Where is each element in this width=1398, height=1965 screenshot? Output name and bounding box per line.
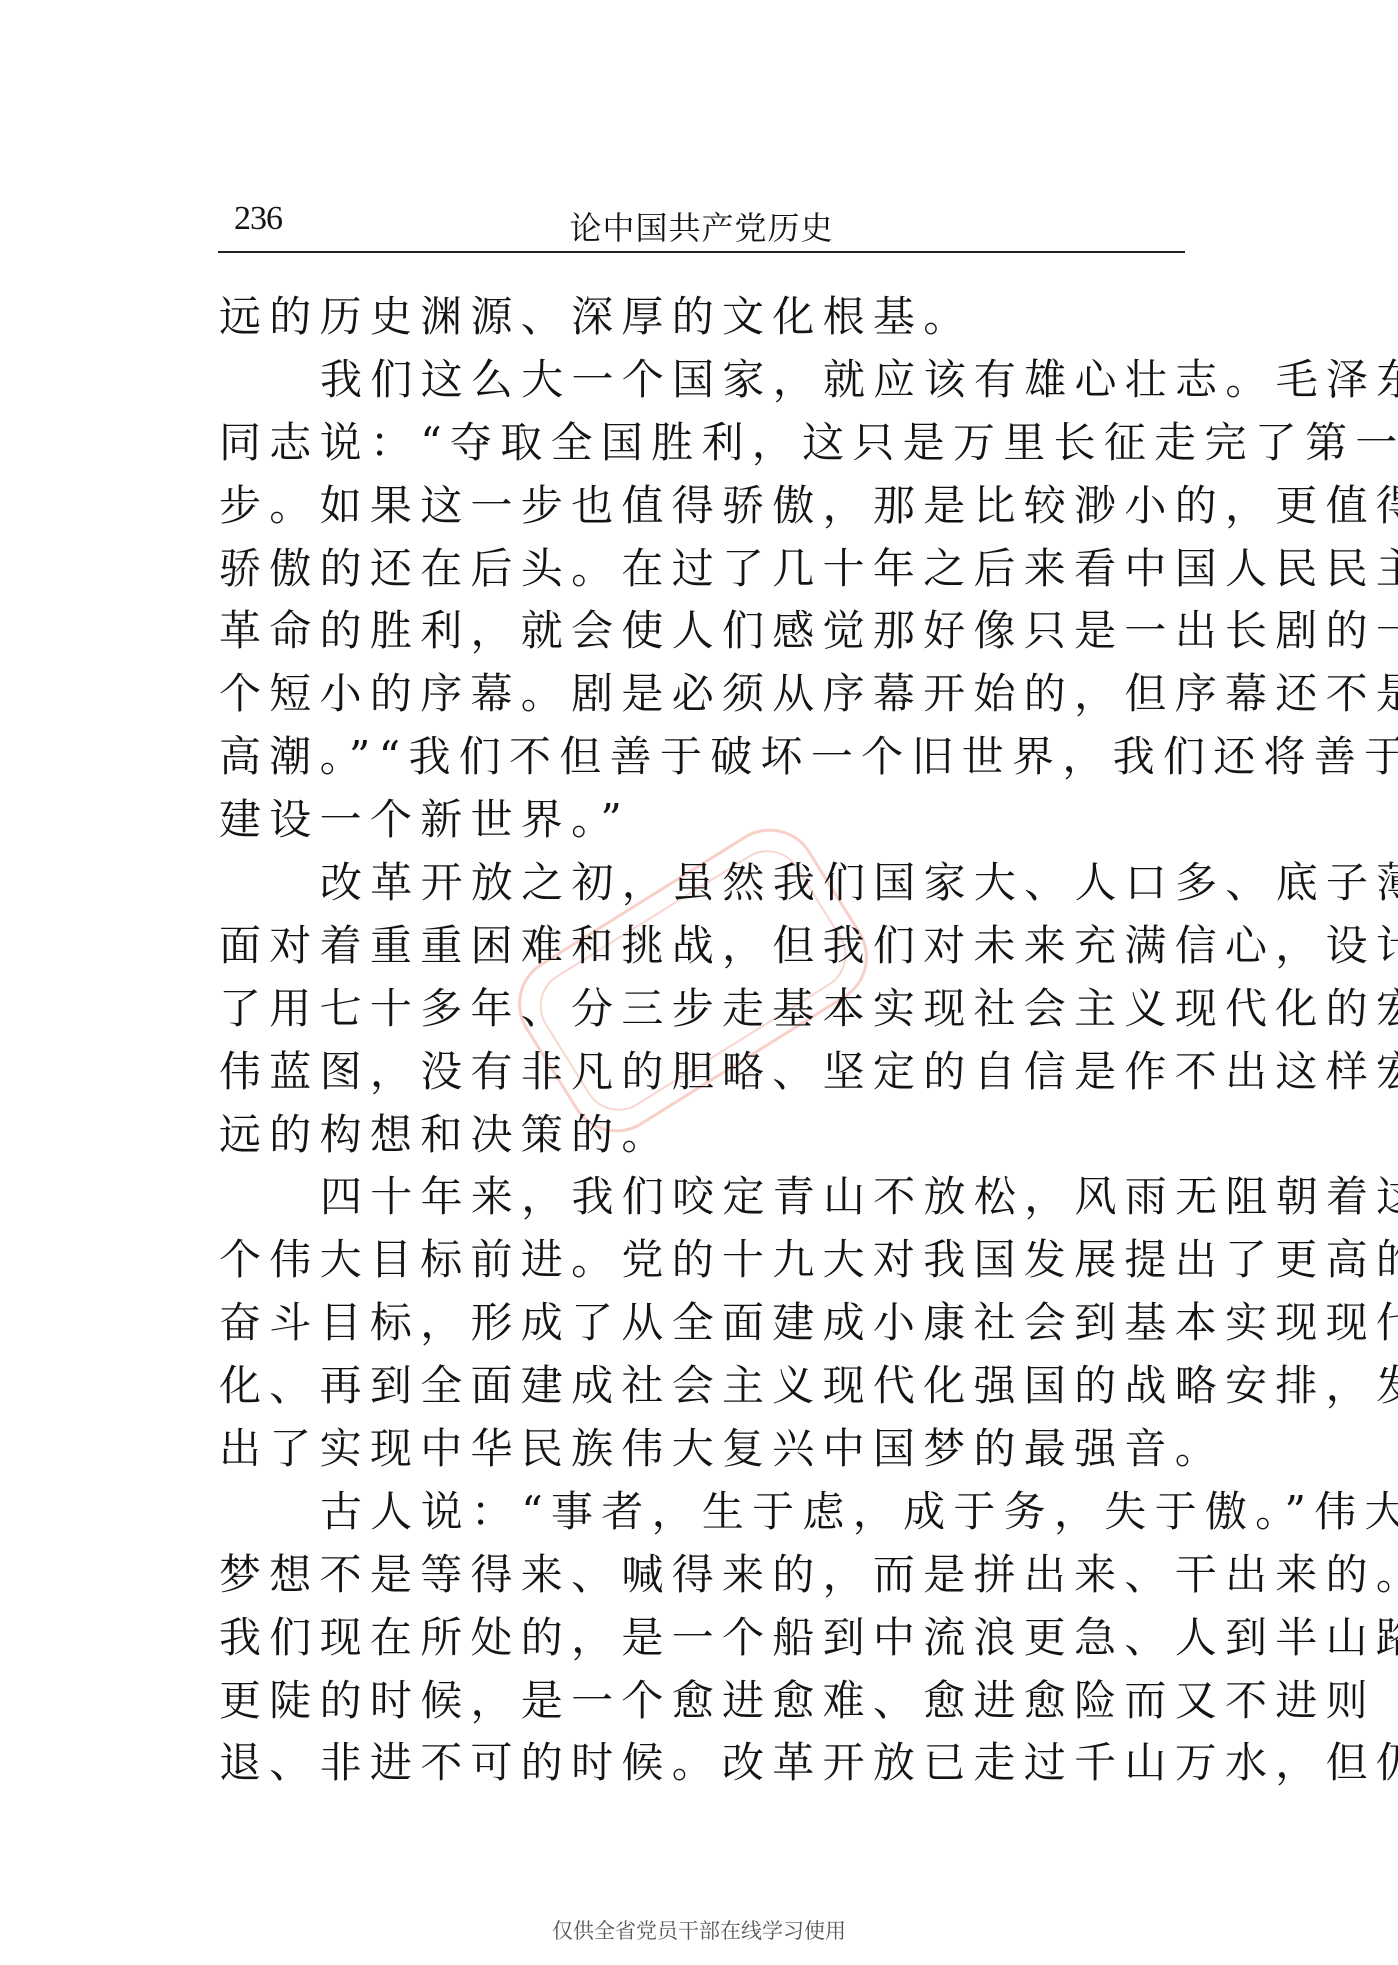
text-line: 改革开放之初，虽然我们国家大、人口多、底子薄， <box>219 852 1185 915</box>
text-line: 我们这么大一个国家，就应该有雄心壮志。毛泽东 <box>219 349 1185 412</box>
text-line: 出了实现中华民族伟大复兴中国梦的最强音。 <box>219 1418 1185 1481</box>
text-line: 革命的胜利，就会使人们感觉那好像只是一出长剧的一 <box>219 600 1185 663</box>
text-line: 伟蓝图，没有非凡的胆略、坚定的自信是作不出这样宏 <box>219 1041 1185 1104</box>
header-divider <box>218 251 1185 253</box>
text-line: 梦想不是等得来、喊得来的，而是拼出来、干出来的。 <box>219 1544 1185 1607</box>
text-line: 骄傲的还在后头。在过了几十年之后来看中国人民民主 <box>219 538 1185 601</box>
text-line: 了用七十多年、分三步走基本实现社会主义现代化的宏 <box>219 978 1185 1041</box>
text-line: 同志说：“夺取全国胜利，这只是万里长征走完了第一 <box>219 412 1185 475</box>
text-line: 四十年来，我们咬定青山不放松，风雨无阻朝着这 <box>219 1166 1185 1229</box>
text-line: 面对着重重困难和挑战，但我们对未来充满信心，设计 <box>219 915 1185 978</box>
text-line: 奋斗目标，形成了从全面建成小康社会到基本实现现代 <box>219 1292 1185 1355</box>
text-line: 化、再到全面建成社会主义现代化强国的战略安排，发 <box>219 1355 1185 1418</box>
text-line: 个短小的序幕。剧是必须从序幕开始的，但序幕还不是 <box>219 663 1185 726</box>
footer-notice: 仅供全省党员干部在线学习使用 <box>0 1915 1398 1945</box>
text-line: 古人说：“事者，生于虑，成于务，失于傲。”伟大 <box>219 1481 1185 1544</box>
body-text: 远的历史渊源、深厚的文化根基。我们这么大一个国家，就应该有雄心壮志。毛泽东同志说… <box>219 286 1185 1795</box>
text-line: 远的历史渊源、深厚的文化根基。 <box>219 286 1185 349</box>
text-line: 建设一个新世界。” <box>219 789 1185 852</box>
text-line: 退、非进不可的时候。改革开放已走过千山万水，但仍 <box>219 1732 1185 1795</box>
text-line: 更陡的时候，是一个愈进愈难、愈进愈险而又不进则 <box>219 1670 1185 1733</box>
running-title: 论中国共产党历史 <box>218 203 1185 249</box>
text-line: 个伟大目标前进。党的十九大对我国发展提出了更高的 <box>219 1229 1185 1292</box>
text-line: 我们现在所处的，是一个船到中流浪更急、人到半山路 <box>219 1607 1185 1670</box>
text-line: 步。如果这一步也值得骄傲，那是比较渺小的，更值得 <box>219 475 1185 538</box>
text-line: 高潮。”“我们不但善于破坏一个旧世界，我们还将善于 <box>219 726 1185 789</box>
text-line: 远的构想和决策的。 <box>219 1104 1185 1167</box>
